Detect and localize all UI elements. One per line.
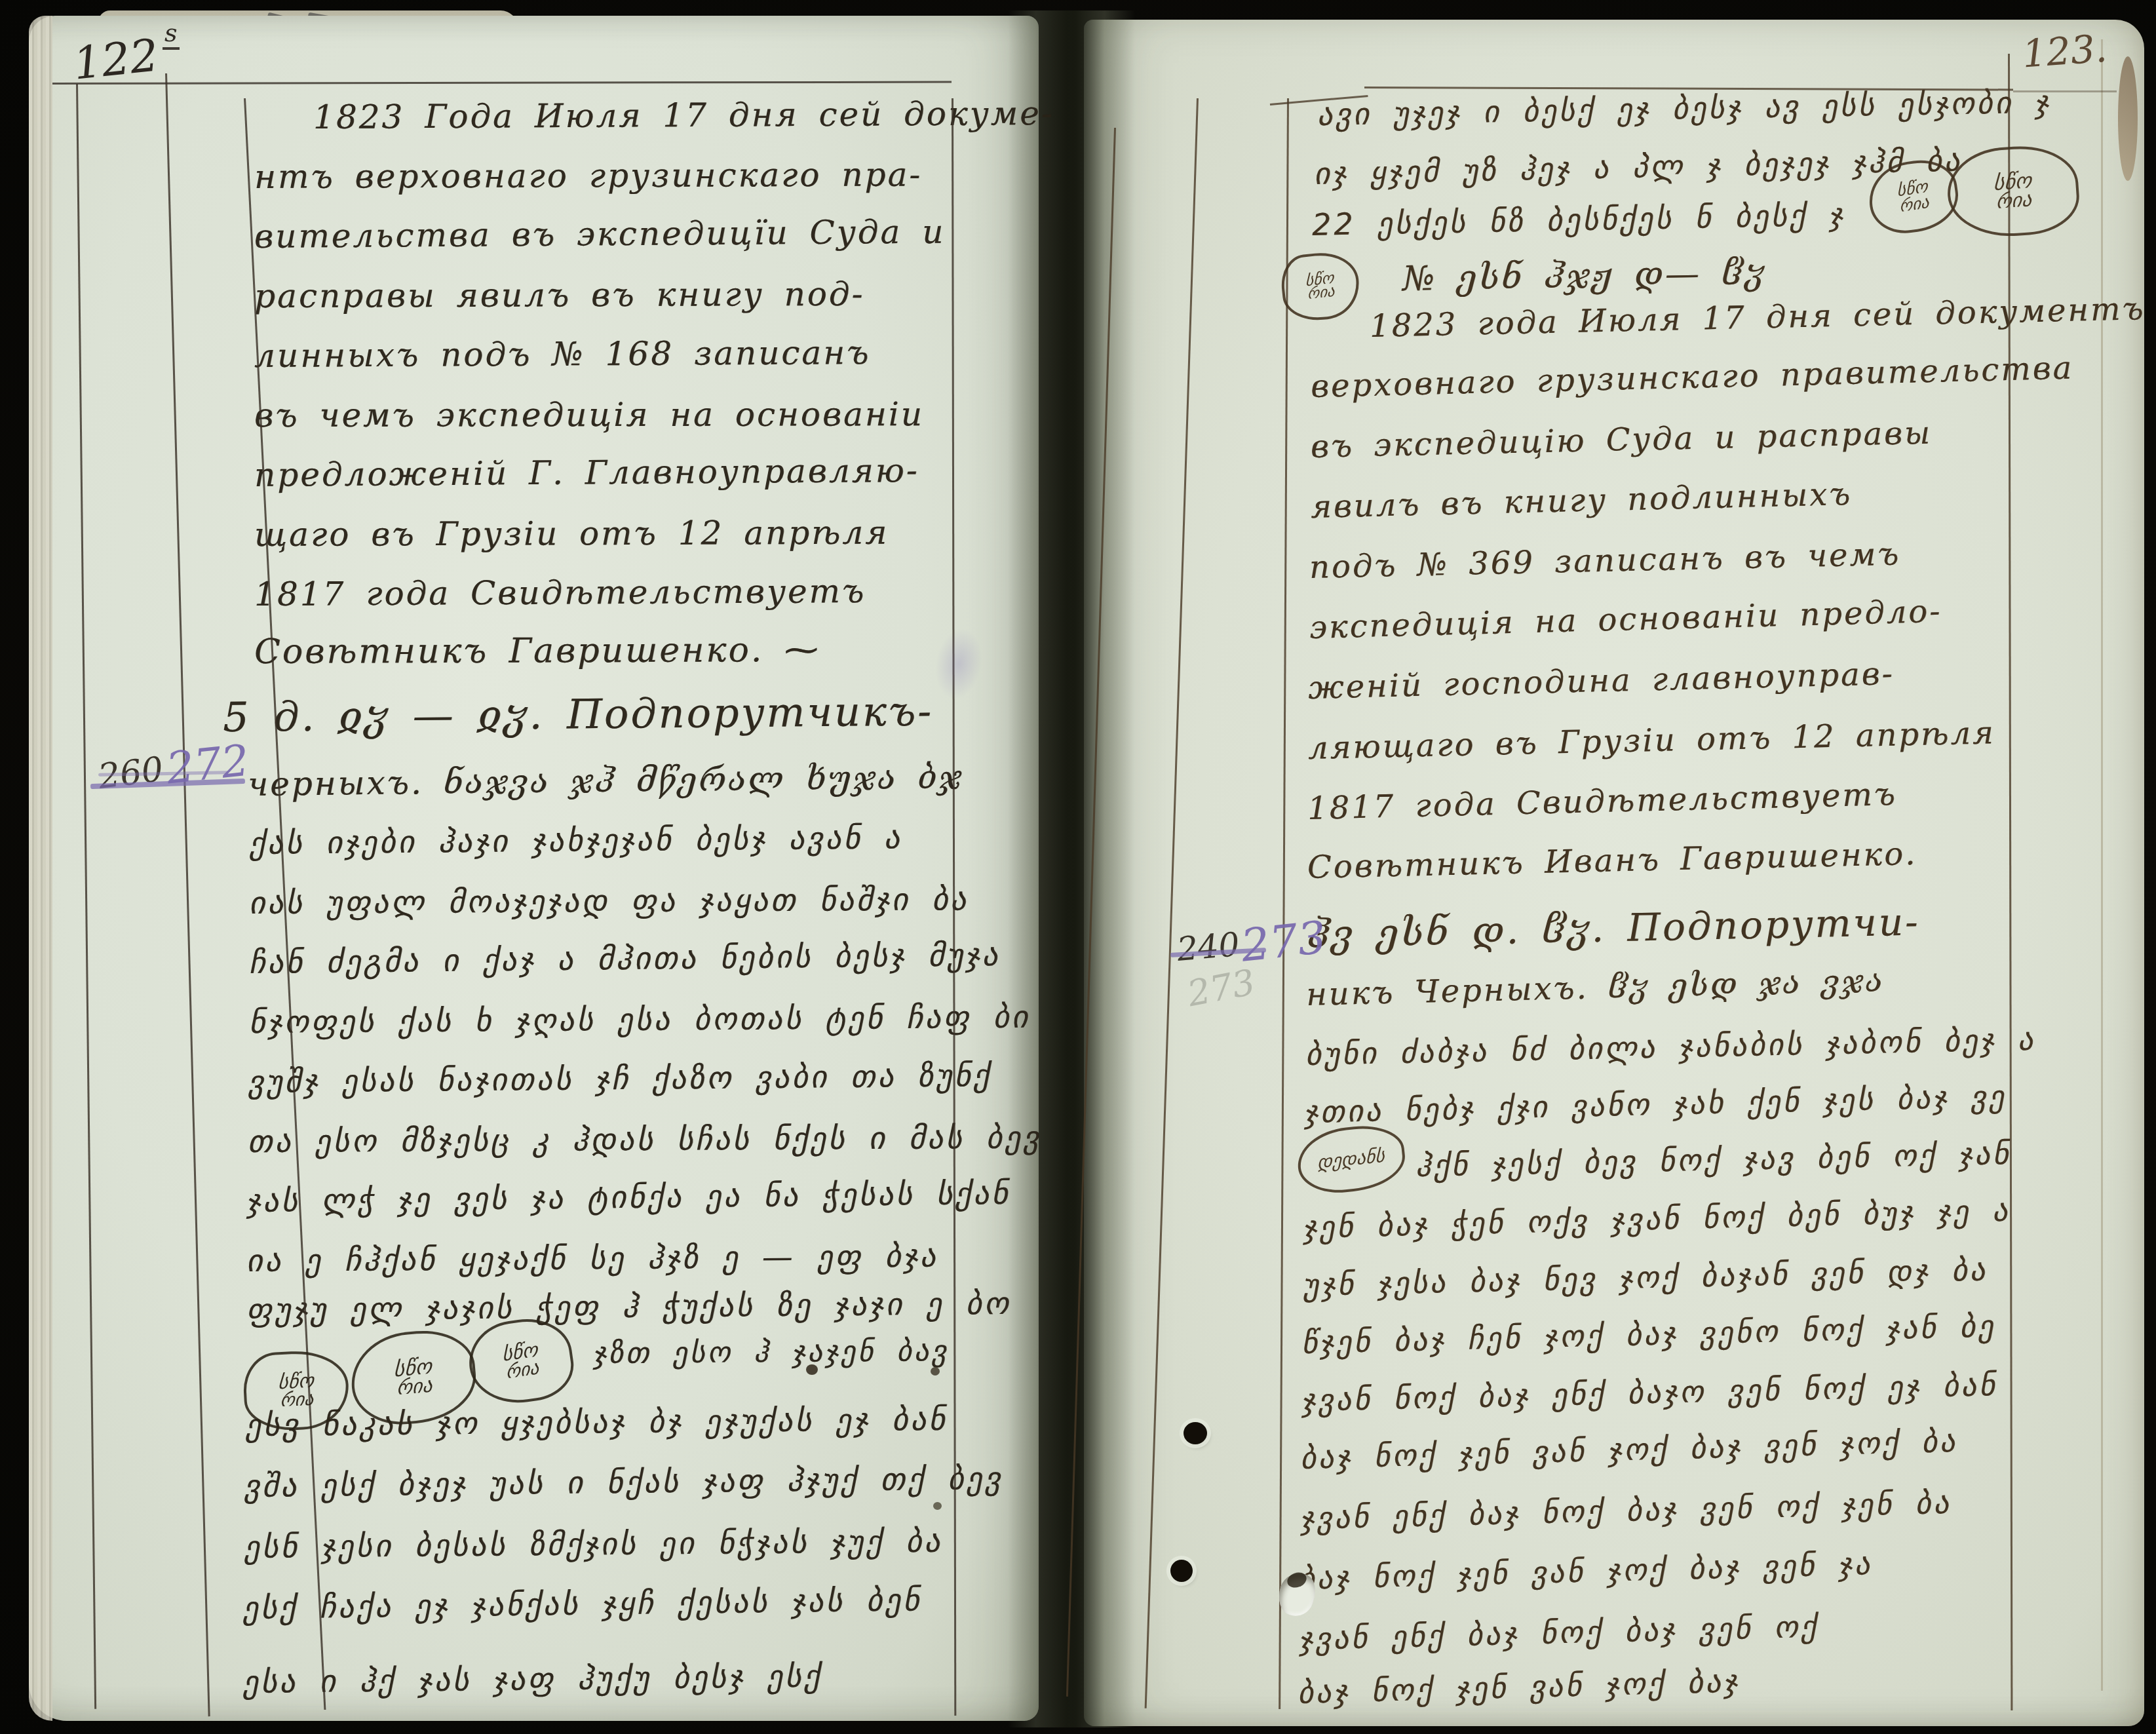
- page-number-left: 122: [71, 29, 161, 90]
- manuscript-line: ბაჯ ნოქ ჯენ ვან ჯოქ ბაჯ ვენ ჯა: [1298, 1546, 1872, 1596]
- right-page-text: ავი უჯეჯ ი ბესქ ეჯ ბესჯ ავ ესს ესჯობი ჯი…: [0, 0, 2156, 1734]
- page-number-right: 123.: [2021, 26, 2109, 77]
- manuscript-content: 122 s 123. 1823 Года Июля 17 дня сей док…: [0, 0, 2156, 1734]
- manuscript-line: явилъ въ книгу подлинныхъ: [1310, 476, 1852, 526]
- worm-hole: [931, 1367, 940, 1376]
- scanned-manuscript-spread: 122 s 123. 1823 Года Июля 17 дня сей док…: [0, 0, 2156, 1734]
- page-number-left-suffix: s: [163, 18, 180, 50]
- manuscript-line: ляющаго въ Грузіи отъ 12 апрѣля: [1307, 714, 1995, 767]
- seal-text: რია: [279, 1390, 314, 1409]
- manuscript-line: подъ № 369 записанъ въ чемъ: [1309, 536, 1900, 586]
- seal-text: დედანს: [1317, 1147, 1385, 1172]
- manuscript-line: იჯ ყჯემ უზ ჰეჯ ა პლ ჯ ბეჯეჯ ჯჰმ ბა: [1313, 142, 1962, 191]
- worm-hole: [933, 1502, 942, 1510]
- manuscript-line: Совѣтникъ Иванъ Гавришенко.: [1307, 836, 1917, 886]
- manuscript-line: უჯნ ჯესა ბაჯ ნევ ჯოქ ბაჯან ვენ დჯ ბა: [1302, 1252, 1988, 1303]
- manuscript-line: წჯენ ბაჯ ჩენ ჯოქ ბაჯ ვენო ნოქ ჯან ბე: [1301, 1308, 1996, 1360]
- manuscript-line: 22 ესქეს ნზ ბესნქეს ნ ბესქ ჯ: [1311, 197, 1845, 242]
- seal-text: რია: [506, 1359, 539, 1381]
- manuscript-line: ბაჯ ნოქ ჯენ ვან ჯოქ ბაჯ: [1297, 1663, 1740, 1710]
- manuscript-line: ჰვ ესნ დ. ჱჳ. Подпорутчи-: [1307, 899, 1920, 957]
- manuscript-line: экспедиція на основаніи предло-: [1309, 593, 1942, 646]
- worm-hole: [806, 1364, 818, 1375]
- manuscript-line: 1817 года Свидѣтельствуетъ: [1307, 776, 1897, 827]
- seal-text: რია: [1307, 285, 1335, 302]
- manuscript-line: ჯთია ნებჯ ქჯი ვანო ჯახ ქენ ჯეს ბაჯ ვე: [1303, 1079, 2007, 1130]
- punch-hole: [1170, 1560, 1193, 1582]
- manuscript-line: ჯვან ენქ ბაჯ ნოქ ბაჯ ვენ ოქ ჯენ ბა: [1299, 1485, 1952, 1536]
- seal-text: რია: [1900, 195, 1929, 214]
- manuscript-line: ბუნი ძაბჯა ნძ ბილა ჯანაბის ჯაბონ ბეჯ ა: [1305, 1022, 2035, 1072]
- manuscript-line: ჯენ ბაჯ ჭენ ოქვ ჯვან ნოქ ბენ ბუჯ ჯე ა: [1302, 1193, 2011, 1245]
- ruled-line-horizontal-right: [2013, 90, 2117, 92]
- margin-old-number-right: 240: [1176, 925, 1241, 969]
- manuscript-line: ჯვან ნოქ ბაჯ ენქ ბაჯო ვენ ნოქ ეჯ ბან: [1301, 1367, 1997, 1418]
- manuscript-line: въ экспедицію Суда и расправы: [1310, 414, 1932, 465]
- manuscript-line: женій господина главноуправ-: [1307, 655, 1895, 706]
- punch-hole: [1184, 1422, 1207, 1444]
- manuscript-line: никъ Черныхъ. ჱჳ ესდ ჯა ვჯა: [1305, 962, 1885, 1013]
- seal-text: რია: [1995, 191, 2032, 212]
- seal-text: რია: [396, 1376, 433, 1398]
- manuscript-line: ბაჯ ნოქ ჯენ ვან ჯოქ ბაჯ ვენ ჯოქ ბა: [1299, 1423, 1958, 1476]
- manuscript-line: ავი უჯეჯ ი ბესქ ეჯ ბესჯ ავ ესს ესჯობი ჯ: [1317, 84, 2052, 132]
- manuscript-line: 1823 года Июля 17 дня сей документъ: [1369, 290, 2146, 345]
- manuscript-line: ჰქნ ჯესქ ბევ ნოქ ჯავ ბენ ოქ ჯან: [1415, 1136, 2011, 1184]
- manuscript-line: № ესნ ჰჯჟ დ— ჱჳ: [1402, 253, 1766, 299]
- manuscript-line: ჯვან ენქ ბაჯ ნოქ ბაჯ ვენ ოქ: [1298, 1609, 1819, 1657]
- margin-new-number-right: 273: [1239, 912, 1328, 972]
- manuscript-line: верховнаго грузинскаго правительства: [1310, 350, 2073, 405]
